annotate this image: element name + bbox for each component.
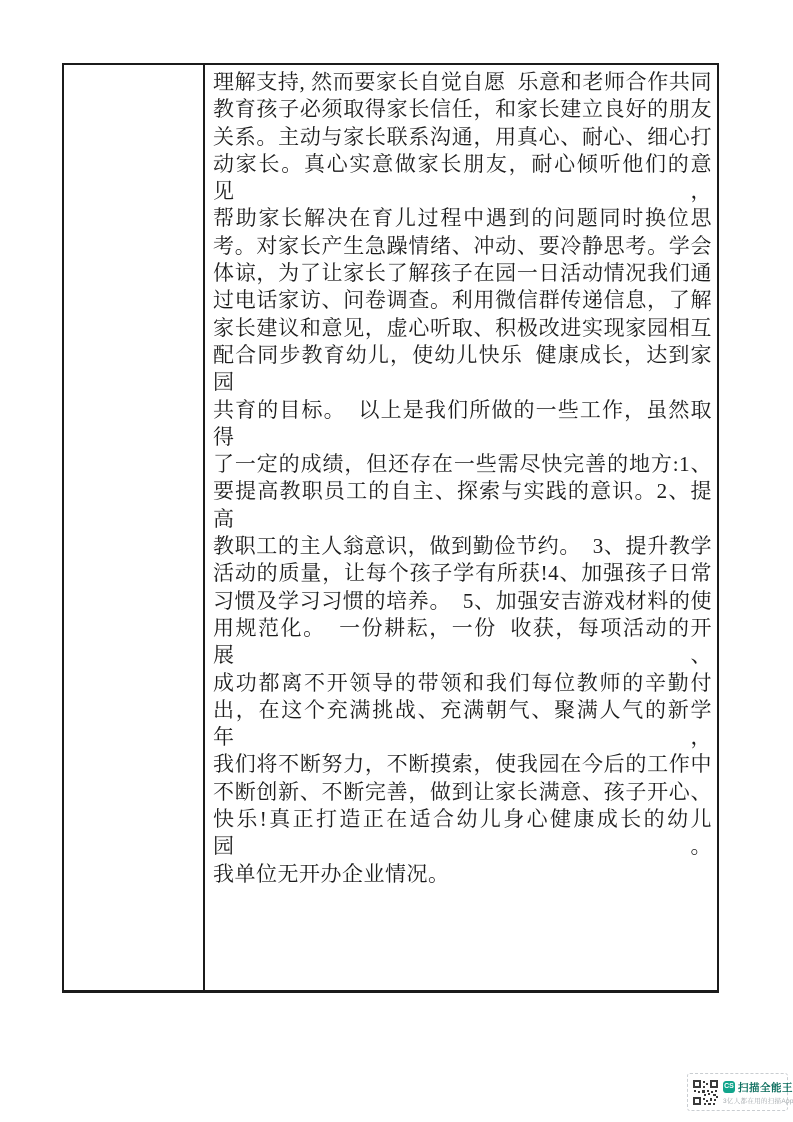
scanned-document-page: 理解支持, 然而要家长自觉自愿 乐意和老师合作共同教育孩子必须取得家长信任，和家… <box>0 0 793 1122</box>
text-line: 关系。主动与家长联系沟通，用真心、耐心、细心打 <box>213 124 712 151</box>
table-cell-label-column <box>64 65 205 990</box>
watermark-text-block: CS 扫描全能王 3亿人都在用的扫描App <box>723 1080 793 1105</box>
text-line: 动家长。真心实意做家长朋友，耐心倾听他们的意见， <box>213 151 712 206</box>
text-line: 教职工的主人翁意识，做到勤俭节约。 3、提升教学 <box>213 533 712 560</box>
text-line: 我单位无开办企业情况。 <box>213 861 712 888</box>
qr-code-icon <box>692 1079 719 1106</box>
text-line: 考。对家长产生急躁情绪、冲动、要冷静思考。学会 <box>213 233 712 260</box>
text-line: 配合同步教育幼儿，使幼儿快乐 健康成长，达到家园 <box>213 342 712 397</box>
text-line: 要提高教职员工的自主、探索与实践的意识。2、提高 <box>213 478 712 533</box>
text-line: 体谅，为了让家长了解孩子在园一日活动情况我们通 <box>213 260 712 287</box>
table-cell-content-column: 理解支持, 然而要家长自觉自愿 乐意和老师合作共同教育孩子必须取得家长信任，和家… <box>205 65 717 990</box>
text-line: 共育的目标。 以上是我们所做的一些工作，虽然取得 <box>213 397 712 452</box>
text-line: 成功都离不开领导的带领和我们每位教师的辛勤付 <box>213 670 712 697</box>
text-line: 不断创新、不断完善，做到让家长满意、孩子开心、 <box>213 779 712 806</box>
text-line: 过电话家访、问卷调查。利用微信群传递信息，了解 <box>213 287 712 314</box>
text-line: 了一定的成绩，但还存在一些需尽快完善的地方:1、 <box>213 451 712 478</box>
watermark-tagline: 3亿人都在用的扫描App <box>723 1096 793 1105</box>
document-table: 理解支持, 然而要家长自觉自愿 乐意和老师合作共同教育孩子必须取得家长信任，和家… <box>62 63 719 993</box>
camscanner-watermark-badge: CS 扫描全能王 3亿人都在用的扫描App <box>687 1073 788 1111</box>
camscanner-logo-icon: CS <box>723 1081 735 1093</box>
text-line: 我们将不断努力，不断摸索，使我园在今后的工作中 <box>213 751 712 778</box>
text-line: 用规范化。 一份耕耘，一份 收获，每项活动的开展、 <box>213 615 712 670</box>
text-line: 活动的质量，让每个孩子学有所获!4、加强孩子日常 <box>213 560 712 587</box>
text-line: 教育孩子必须取得家长信任，和家长建立良好的朋友 <box>213 96 712 123</box>
text-line: 帮助家长解决在育儿过程中遇到的问题同时换位思 <box>213 205 712 232</box>
watermark-app-name: 扫描全能王 <box>738 1080 793 1095</box>
text-line: 快乐!真正打造正在适合幼儿身心健康成长的幼儿园。 <box>213 806 712 861</box>
text-line: 家长建议和意见，虚心听取、积极改进实现家园相互 <box>213 315 712 342</box>
text-line: 习惯及学习习惯的培养。 5、加强安吉游戏材料的使 <box>213 588 712 615</box>
text-line: 出，在这个充满挑战、充满朝气、聚满人气的新学年， <box>213 697 712 752</box>
text-line: 理解支持, 然而要家长自觉自愿 乐意和老师合作共同 <box>213 69 712 96</box>
